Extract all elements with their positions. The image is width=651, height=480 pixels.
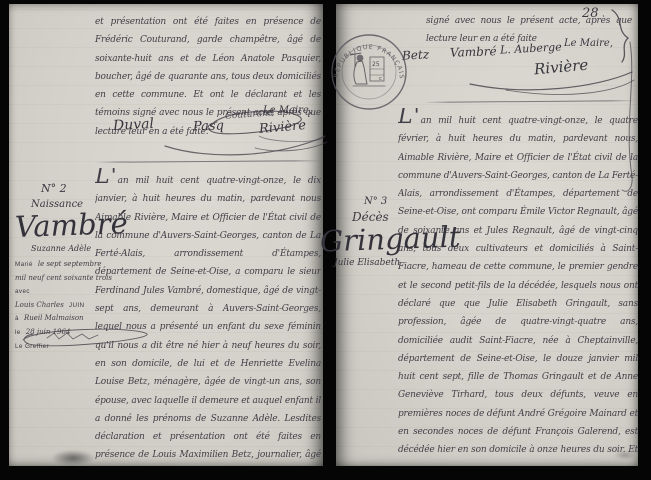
stamp-value: 25 [372, 61, 380, 68]
mention-stamped-word: à [15, 315, 19, 322]
ink-smudge [51, 450, 95, 466]
mention-line: Marié le sept septembre [15, 256, 171, 270]
mention-stamped-word: Marié [15, 261, 33, 268]
mention-hand-text: le sept septembre [38, 260, 102, 268]
registry-scan: et présentation ont été faites en présen… [0, 0, 651, 480]
paraph-flourish-left [159, 102, 329, 164]
paraph-flourish-right [466, 62, 636, 98]
act2-number: N° 2 [41, 182, 67, 195]
signature-duval: Duval [113, 116, 155, 134]
mayor-title-right: Le Maire, [564, 38, 613, 49]
act3-surname: Gringault [319, 220, 461, 259]
mention-line: avec [15, 283, 171, 297]
mention-stamped-word: JUIN [69, 302, 85, 309]
mention-line: à Rueil Malmaison [15, 310, 171, 324]
greffier-signature-scribble [19, 324, 169, 352]
paper-smudge [614, 450, 636, 460]
act2-given-names: Suzanne Adèle [31, 244, 91, 253]
mention-stamped-word: avec [15, 288, 30, 295]
signature-vambre: Vambré [450, 44, 497, 60]
act3-number: N° 3 [364, 196, 387, 207]
act2-surname: Vambré [14, 206, 128, 244]
mention-line: mil neuf cent soixante trois [15, 270, 171, 284]
mention-line: Louis Charles JUIN [15, 297, 171, 311]
mention-hand-text: mil neuf cent soixante trois [15, 274, 112, 282]
mention-hand-text: Rueil Malmaison [24, 314, 84, 322]
act3-death-paragraph: L'an mil huit cent quatre-vingt-onze, le… [398, 108, 638, 460]
right-page: 28 RÉPUBLIQUE FRANÇAISE 25 c signé a [336, 4, 638, 466]
act3-given-names: Julie Elisabeth [334, 258, 400, 268]
revenue-stamp: RÉPUBLIQUE FRANÇAISE 25 c [327, 26, 411, 114]
signature-auberge: L. Auberge [500, 40, 562, 56]
stamp-value-unit: c [379, 76, 382, 82]
left-page: et présentation ont été faites en présen… [9, 4, 323, 466]
signature-betz: Betz [402, 47, 430, 62]
